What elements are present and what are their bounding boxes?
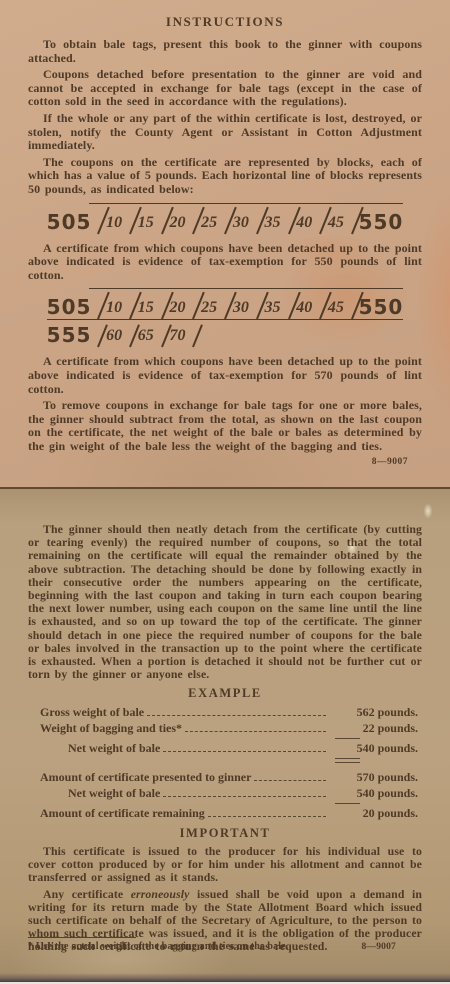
subtraction-rule — [335, 803, 360, 804]
form-number: 8—9007 — [28, 457, 422, 467]
coupon-number-505: 505 — [47, 211, 92, 233]
scanned-document: INSTRUCTIONS To obtain bale tags, presen… — [0, 0, 450, 984]
row-value: 540 pounds. — [332, 741, 418, 756]
coupon-row-505-550: 505 10 15 20 25 30 35 40 45 550 — [47, 205, 404, 233]
row-label: Gross weight of bale — [40, 705, 144, 720]
dotted-leader — [163, 796, 326, 797]
coupon-strip-rule — [89, 203, 404, 204]
coupon-number: 40 — [295, 298, 313, 318]
subtraction-rule — [335, 738, 360, 739]
erroneous-pre: Any certificate — [43, 887, 131, 901]
coupon-number: 10 — [105, 298, 123, 318]
coupon-number: 20 — [168, 298, 186, 318]
coupon-divider-icon — [193, 325, 204, 348]
paper-edge-shadow — [0, 973, 450, 982]
coupon-number: 35 — [264, 298, 282, 318]
paragraph-coupon-blocks: The coupons on the certificate are repre… — [28, 156, 422, 197]
row-label: Amount of certificate presented to ginne… — [40, 770, 251, 785]
row-label: Net weight of bale — [40, 741, 160, 756]
paragraph-tax-exemption-550: A certificate from which coupons have be… — [28, 242, 422, 283]
row-value: 22 pounds. — [332, 721, 418, 736]
coupon-number-550: 550 — [359, 296, 404, 318]
paragraph-obtain-bale-tags: To obtain bale tags, present this book t… — [28, 38, 422, 65]
coupon-number-555: 555 — [47, 324, 92, 346]
erroneous-italic: erroneously — [131, 887, 190, 901]
paragraph-remove-coupons: To remove coupons in exchange for bale t… — [28, 399, 422, 453]
table-row: Gross weight of bale 562 pounds. — [40, 705, 418, 720]
example-table: Gross weight of bale 562 pounds. Weight … — [40, 705, 418, 821]
dotted-leader — [254, 780, 326, 781]
form-number: 8—9007 — [362, 942, 422, 952]
coupon-number: 15 — [137, 213, 155, 233]
coupon-row-555-570: 555 60 65 70 — [47, 323, 404, 346]
coupon-row-505-550: 505 10 15 20 25 30 35 40 45 550 — [47, 290, 404, 318]
table-row: Amount of certificate remaining 20 pound… — [40, 806, 418, 821]
coupon-number: 30 — [232, 298, 250, 318]
footnote-row: * Use the actual weight of the bagging a… — [28, 937, 422, 952]
coupon-number: 25 — [200, 213, 218, 233]
instructions-page: INSTRUCTIONS To obtain bale tags, presen… — [0, 0, 450, 489]
important-heading: IMPORTANT — [28, 826, 422, 841]
paragraph-tax-exemption-570: A certificate from which coupons have be… — [28, 355, 422, 396]
coupon-strip-570: 505 10 15 20 25 30 35 40 45 550 555 60 6… — [47, 290, 404, 346]
dotted-leader — [163, 751, 326, 752]
dotted-leader — [208, 816, 326, 817]
paragraph-certificate-issued: This certificate is issued to the produc… — [28, 845, 422, 885]
coupon-number: 30 — [232, 213, 250, 233]
table-row: Net weight of bale 540 pounds. — [40, 786, 418, 801]
dotted-leader — [147, 715, 326, 716]
coupon-number-550: 550 — [359, 211, 404, 233]
table-row: Amount of certificate presented to ginne… — [40, 770, 418, 785]
footnote-rule — [28, 937, 136, 938]
paragraph-lost-certificate: If the whole or any part of the within c… — [28, 112, 422, 153]
coupon-number: 40 — [295, 213, 313, 233]
continuation-page: The ginner should then neatly detach fro… — [0, 489, 450, 982]
instructions-heading: INSTRUCTIONS — [28, 14, 422, 30]
coupon-number-505: 505 — [47, 296, 92, 318]
coupon-number: 20 — [168, 213, 186, 233]
footnote-text: * Use the actual weight of the bagging a… — [28, 941, 289, 952]
dotted-leader — [185, 731, 326, 732]
coupon-number: 60 — [105, 326, 123, 346]
coupon-number: 70 — [168, 326, 186, 346]
paragraph-detach-instructions: The ginner should then neatly detach fro… — [28, 523, 422, 681]
coupon-strip-550: 505 10 15 20 25 30 35 40 45 550 — [47, 205, 404, 233]
row-value: 562 pounds. — [332, 705, 418, 720]
table-row: Weight of bagging and ties* 22 pounds. — [40, 721, 418, 736]
total-rule — [335, 758, 360, 763]
row-value: 540 pounds. — [332, 786, 418, 801]
table-row: Net weight of bale 540 pounds. — [40, 741, 418, 756]
row-value: 570 pounds. — [332, 770, 418, 785]
coupon-number: 25 — [200, 298, 218, 318]
coupon-number: 45 — [327, 213, 345, 233]
row-label: Amount of certificate remaining — [40, 806, 205, 821]
coupon-number: 65 — [137, 326, 155, 346]
row-label: Weight of bagging and ties* — [40, 721, 182, 736]
coupon-number: 45 — [327, 298, 345, 318]
row-value: 20 pounds. — [332, 806, 418, 821]
coupon-strip-rule — [89, 288, 404, 289]
example-heading: EXAMPLE — [28, 686, 422, 701]
coupon-number: 10 — [105, 213, 123, 233]
row-label: Net weight of bale — [40, 786, 160, 801]
paragraph-coupons-void: Coupons detached before presentation to … — [28, 68, 422, 109]
coupon-number: 35 — [264, 213, 282, 233]
coupon-number: 15 — [137, 298, 155, 318]
